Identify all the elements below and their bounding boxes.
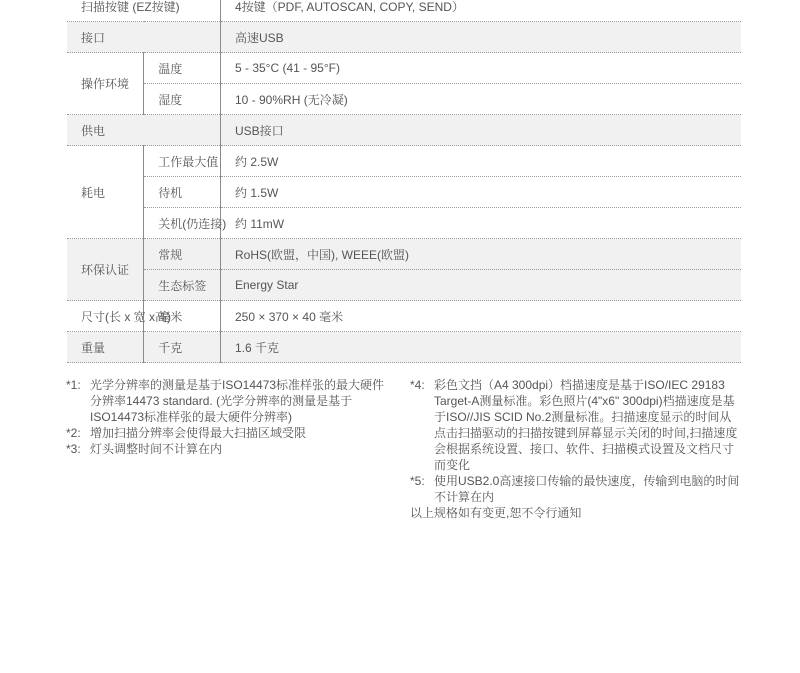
row-label: 尺寸(长 x 宽 x高)	[67, 301, 144, 332]
row-label: 接口	[67, 22, 221, 53]
table-row: 生态标签 Energy Star	[67, 270, 741, 301]
sub-label: 待机	[144, 177, 221, 208]
footnote-text: 使用USB2.0高速接口传输的最快速度，传输到电脑的时间不计算在内	[434, 474, 739, 504]
footnote: *5: 使用USB2.0高速接口传输的最快速度，传输到电脑的时间不计算在内	[410, 473, 740, 505]
footnote: *2: 增加扫描分辨率会使得最大扫描区域受限	[66, 425, 386, 441]
row-value: 高速USB	[221, 22, 742, 53]
sub-label: 温度	[144, 53, 221, 84]
row-value: 5 - 35°C (41 - 95°F)	[221, 53, 742, 84]
footnote: *4: 彩色文挡（A4 300dpi）档描速度是基于ISO/IEC 29183 …	[410, 377, 740, 473]
group-label: 耗电	[67, 146, 144, 239]
table-row: 耗电 工作最大值 约 2.5W	[67, 146, 741, 177]
footnotes-left: *1: 光学分辨率的测量是基于ISO14473标准样张的最大硬件分辨率14473…	[66, 377, 386, 457]
sub-label: 常规	[144, 239, 221, 270]
table-row: 湿度 10 - 90%RH (无冷凝)	[67, 84, 741, 115]
row-value: USB接口	[221, 115, 742, 146]
table-row: 操作环境 温度 5 - 35°C (41 - 95°F)	[67, 53, 741, 84]
footnote-mark: *4:	[410, 377, 425, 393]
table-row: 关机(仍连接) 约 11mW	[67, 208, 741, 239]
sub-label: 千克	[144, 332, 221, 363]
row-value: 约 2.5W	[221, 146, 742, 177]
sub-label: 生态标签	[144, 270, 221, 301]
footnote-text: 灯头调整时间不计算在内	[90, 442, 222, 456]
row-label: 供电	[67, 115, 221, 146]
footnote-mark: *3:	[66, 441, 81, 457]
row-value: 1.6 千克	[221, 332, 742, 363]
row-value: 4按键（PDF, AUTOSCAN, COPY, SEND）	[221, 0, 742, 22]
table-row: 待机 约 1.5W	[67, 177, 741, 208]
table-row: 重量 千克 1.6 千克	[67, 332, 741, 363]
footnote: *3: 灯头调整时间不计算在内	[66, 441, 386, 457]
footnote-mark: *2:	[66, 425, 81, 441]
table-row: 尺寸(长 x 宽 x高) 毫米 250 × 370 × 40 毫米	[67, 301, 741, 332]
footnotes-right: *4: 彩色文挡（A4 300dpi）档描速度是基于ISO/IEC 29183 …	[410, 377, 740, 521]
disclaimer: 以上规格如有变更,恕不令行通知	[410, 505, 740, 521]
table-row: 供电 USB接口	[67, 115, 741, 146]
row-value: Energy Star	[221, 270, 742, 301]
group-label: 环保认证	[67, 239, 144, 301]
footnote-text: 光学分辨率的测量是基于ISO14473标准样张的最大硬件分辨率14473 sta…	[90, 378, 384, 424]
row-label: 重量	[67, 332, 144, 363]
footnote-mark: *5:	[410, 473, 425, 489]
table-row: 环保认证 常规 RoHS(欧盟，中国), WEEE(欧盟)	[67, 239, 741, 270]
row-label: 扫描按键 (EZ按键)	[67, 0, 221, 22]
row-value: 约 11mW	[221, 208, 742, 239]
group-label: 操作环境	[67, 53, 144, 115]
row-value: RoHS(欧盟，中国), WEEE(欧盟)	[221, 239, 742, 270]
table-row: 扫描按键 (EZ按键) 4按键（PDF, AUTOSCAN, COPY, SEN…	[67, 0, 741, 22]
footnote-mark: *1:	[66, 377, 81, 393]
spec-table: 扫描按键 (EZ按键) 4按键（PDF, AUTOSCAN, COPY, SEN…	[67, 0, 741, 363]
sub-label: 湿度	[144, 84, 221, 115]
row-value: 250 × 370 × 40 毫米	[221, 301, 742, 332]
footnote-text: 增加扫描分辨率会使得最大扫描区域受限	[90, 426, 306, 440]
footnote: *1: 光学分辨率的测量是基于ISO14473标准样张的最大硬件分辨率14473…	[66, 377, 386, 425]
sub-label: 工作最大值	[144, 146, 221, 177]
footnote-text: 彩色文挡（A4 300dpi）档描速度是基于ISO/IEC 29183 Targ…	[434, 378, 737, 472]
row-value: 10 - 90%RH (无冷凝)	[221, 84, 742, 115]
table-row: 接口 高速USB	[67, 22, 741, 53]
row-value: 约 1.5W	[221, 177, 742, 208]
sub-label: 关机(仍连接)	[144, 208, 221, 239]
